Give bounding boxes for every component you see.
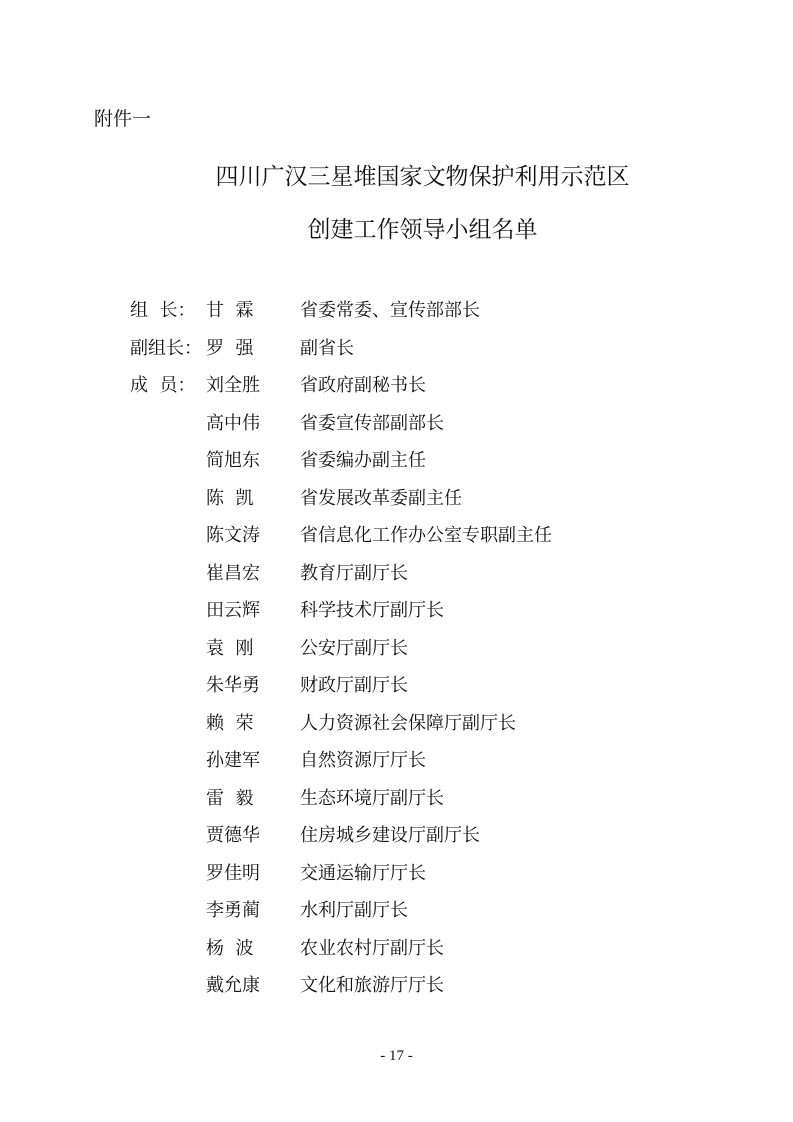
member-row: 孙建军 自然资源厅厅长 bbox=[0, 746, 793, 776]
member-row: 贾德华 住房城乡建设厅副厅长 bbox=[0, 821, 793, 851]
member-name: 杨 波 bbox=[206, 934, 268, 960]
member-row: 田云辉 科学技术厅副厅长 bbox=[0, 596, 793, 626]
member-name: 高中伟 bbox=[206, 409, 268, 435]
member-title: 副省长 bbox=[300, 334, 354, 360]
member-title: 生态环境厅副厅长 bbox=[300, 784, 444, 810]
document-title-line-1: 四川广汉三星堆国家文物保护利用示范区 bbox=[26, 158, 793, 191]
member-row: 雷 毅 生态环境厅副厅长 bbox=[0, 784, 793, 814]
member-name: 袁 刚 bbox=[206, 634, 268, 660]
member-row: 简旭东 省委编办副主任 bbox=[0, 446, 793, 476]
member-name: 陈 凯 bbox=[206, 484, 268, 510]
member-title: 交通运输厅厅长 bbox=[300, 859, 426, 885]
member-name: 赖 荣 bbox=[206, 709, 268, 735]
member-title: 文化和旅游厅厅长 bbox=[300, 971, 444, 997]
member-role: 成 员： bbox=[130, 371, 202, 397]
member-name: 田云辉 bbox=[206, 596, 268, 622]
member-row: 崔昌宏 教育厅副厅长 bbox=[0, 559, 793, 589]
member-title: 农业农村厅副厅长 bbox=[300, 934, 444, 960]
member-role: 组 长： bbox=[130, 296, 202, 322]
member-title: 住房城乡建设厅副厅长 bbox=[300, 821, 480, 847]
member-row: 李勇蔺 水利厅副厅长 bbox=[0, 896, 793, 926]
member-name: 陈文涛 bbox=[206, 521, 268, 547]
member-row: 陈文涛 省信息化工作办公室专职副主任 bbox=[0, 521, 793, 551]
member-title: 省委编办副主任 bbox=[300, 446, 426, 472]
attachment-label: 附件一 bbox=[94, 104, 151, 131]
member-name: 崔昌宏 bbox=[206, 559, 268, 585]
member-row: 副组长： 罗 强 副省长 bbox=[0, 334, 793, 364]
member-name: 刘全胜 bbox=[206, 371, 268, 397]
member-title: 人力资源社会保障厅副厅长 bbox=[300, 709, 516, 735]
member-row: 戴允康 文化和旅游厅厅长 bbox=[0, 971, 793, 1001]
member-row: 成 员： 刘全胜 省政府副秘书长 bbox=[0, 371, 793, 401]
member-name: 贾德华 bbox=[206, 821, 268, 847]
member-row: 袁 刚 公安厅副厅长 bbox=[0, 634, 793, 664]
member-name: 朱华勇 bbox=[206, 671, 268, 697]
member-row: 组 长： 甘 霖 省委常委、宣传部部长 bbox=[0, 296, 793, 326]
member-title: 水利厅副厅长 bbox=[300, 896, 408, 922]
member-title: 省委常委、宣传部部长 bbox=[300, 296, 480, 322]
member-name: 戴允康 bbox=[206, 971, 268, 997]
member-title: 科学技术厅副厅长 bbox=[300, 596, 444, 622]
member-title: 教育厅副厅长 bbox=[300, 559, 408, 585]
member-title: 财政厅副厅长 bbox=[300, 671, 408, 697]
member-role: 副组长： bbox=[130, 334, 202, 360]
member-title: 省发展改革委副主任 bbox=[300, 484, 462, 510]
member-name: 雷 毅 bbox=[206, 784, 268, 810]
document-title-line-2: 创建工作领导小组名单 bbox=[26, 211, 793, 244]
member-row: 罗佳明 交通运输厅厅长 bbox=[0, 859, 793, 889]
member-title: 自然资源厅厅长 bbox=[300, 746, 426, 772]
member-name: 甘 霖 bbox=[206, 296, 268, 322]
member-row: 朱华勇 财政厅副厅长 bbox=[0, 671, 793, 701]
member-title: 省信息化工作办公室专职副主任 bbox=[300, 521, 552, 547]
member-row: 高中伟 省委宣传部副部长 bbox=[0, 409, 793, 439]
page-number: - 17 - bbox=[0, 1048, 793, 1065]
member-name: 简旭东 bbox=[206, 446, 268, 472]
member-row: 赖 荣 人力资源社会保障厅副厅长 bbox=[0, 709, 793, 739]
member-title: 省委宣传部副部长 bbox=[300, 409, 444, 435]
member-name: 罗佳明 bbox=[206, 859, 268, 885]
member-name: 孙建军 bbox=[206, 746, 268, 772]
member-name: 罗 强 bbox=[206, 334, 268, 360]
member-name: 李勇蔺 bbox=[206, 896, 268, 922]
member-title: 省政府副秘书长 bbox=[300, 371, 426, 397]
member-row: 杨 波 农业农村厅副厅长 bbox=[0, 934, 793, 964]
member-title: 公安厅副厅长 bbox=[300, 634, 408, 660]
member-row: 陈 凯 省发展改革委副主任 bbox=[0, 484, 793, 514]
